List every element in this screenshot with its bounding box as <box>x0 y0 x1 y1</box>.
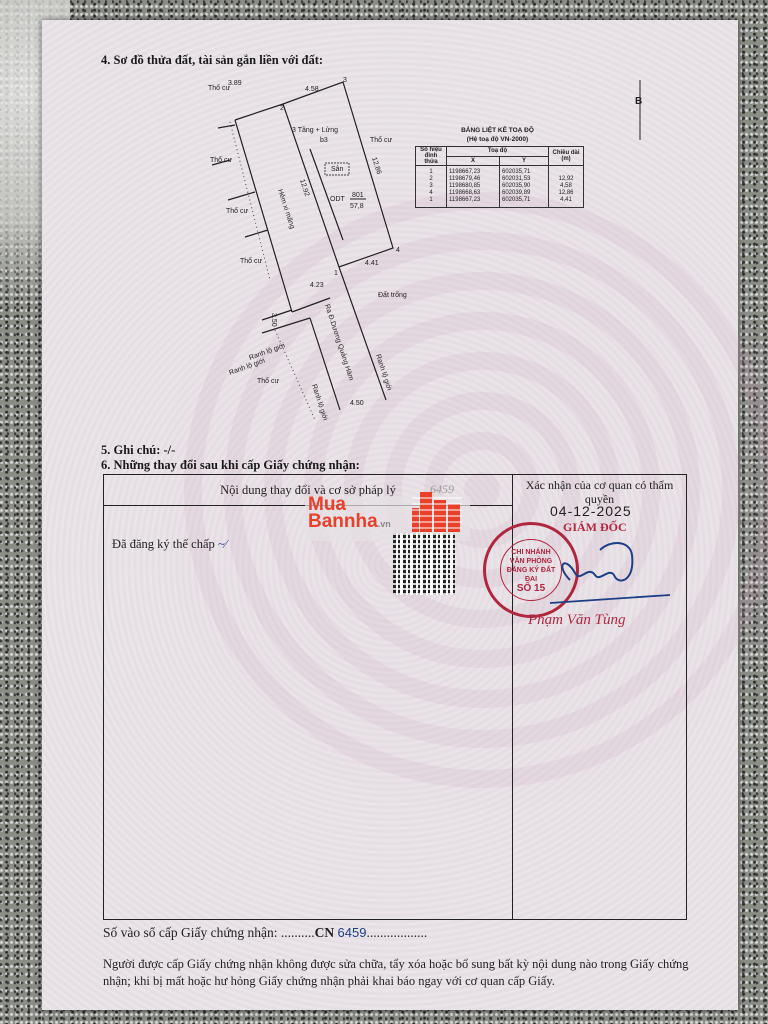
signer-title: GIÁM ĐỐC <box>563 520 627 535</box>
north-arrow-icon: B <box>630 80 650 144</box>
watermark-logo: Mua Bannha.vn <box>308 496 391 533</box>
svg-text:3: 3 <box>343 77 347 84</box>
svg-text:Ra Đ.Dương Quảng Hàm: Ra Đ.Dương Quảng Hàm <box>323 303 354 381</box>
svg-text:ODT: ODT <box>330 196 346 203</box>
svg-text:Hẻm xi măng: Hẻm xi măng <box>276 188 295 229</box>
svg-text:801: 801 <box>352 192 364 199</box>
svg-text:4.41: 4.41 <box>365 260 379 267</box>
svg-text:Thổ cư: Thổ cư <box>226 207 249 215</box>
svg-text:Ranh lộ giới: Ranh lộ giới <box>248 342 286 362</box>
svg-text:4: 4 <box>396 247 400 254</box>
svg-text:Đất trống: Đất trống <box>378 290 407 299</box>
signature <box>540 535 680 610</box>
svg-text:4.23: 4.23 <box>310 282 324 289</box>
svg-text:4.58: 4.58 <box>305 86 319 93</box>
svg-text:1: 1 <box>334 270 338 277</box>
svg-text:Thổ cư: Thổ cư <box>240 257 263 265</box>
section5-notes: 5. Ghi chú: -/- <box>101 443 175 458</box>
svg-text:4.50: 4.50 <box>350 400 364 407</box>
svg-text:3 Tầng + Lửng: 3 Tầng + Lửng <box>292 125 338 134</box>
svg-text:b3: b3 <box>320 137 328 144</box>
signer-name: Phạm Văn Tùng <box>528 612 626 629</box>
svg-text:57,8: 57,8 <box>350 203 364 210</box>
coordinate-table: Số hiệu đỉnh thửa Toạ độ Chiều dài (m) X… <box>415 146 584 208</box>
handwritten-mark: ~∕ <box>218 537 227 551</box>
section6-title: 6. Những thay đổi sau khi cấp Giấy chứng… <box>101 458 360 473</box>
svg-text:12.92: 12.92 <box>298 178 310 197</box>
svg-text:12.86: 12.86 <box>370 156 382 175</box>
svg-text:Thổ cư: Thổ cư <box>257 377 280 385</box>
plot-diagram: Thổ cư Thổ cư Thổ cư Thổ cư Thổ cư Thổ c… <box>200 70 420 430</box>
book-entry: Số vào sổ cấp Giấy chứng nhận: .........… <box>103 925 427 941</box>
qr-code[interactable] <box>393 533 455 595</box>
svg-text:3.89: 3.89 <box>228 80 242 87</box>
mortgage-entry: Đã đăng ký thế chấp ~∕ <box>112 537 227 552</box>
confirmation-date: 04-12-2025 <box>550 503 632 519</box>
watermark-building-icon <box>412 490 462 535</box>
svg-text:Thổ cư: Thổ cư <box>370 136 393 144</box>
svg-text:Ranh lộ giới: Ranh lộ giới <box>310 383 328 421</box>
authority-confirmation-header: Xác nhận của cơ quan có thẩm quyền <box>513 475 686 506</box>
north-label: B <box>635 96 642 107</box>
svg-text:2: 2 <box>280 105 284 112</box>
notice-text: Người được cấp Giấy chứng nhận không đượ… <box>103 956 713 990</box>
svg-text:Thổ cư: Thổ cư <box>210 156 233 164</box>
svg-text:3.50: 3.50 <box>270 313 277 327</box>
svg-text:Sân: Sân <box>331 166 344 173</box>
coordinate-table-title: BẢNG LIỆT KÊ TOẠ ĐỘ (Hệ toạ độ VN-2000) <box>415 126 580 144</box>
svg-text:Ranh lộ giới: Ranh lộ giới <box>228 357 266 377</box>
section4-title: 4. Sơ đồ thửa đất, tài sản gắn liền với … <box>101 53 323 68</box>
